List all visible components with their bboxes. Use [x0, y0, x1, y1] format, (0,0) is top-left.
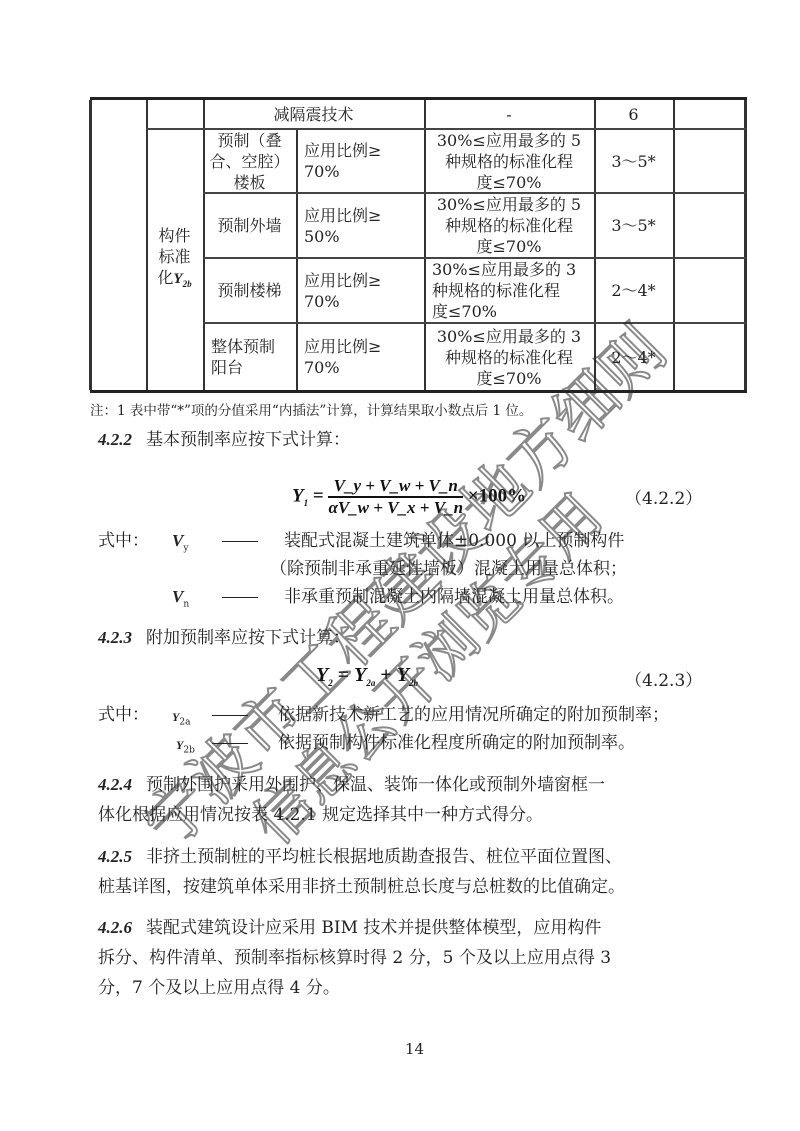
item-text: 楼板	[209, 172, 289, 193]
score-text: 3～5*	[611, 215, 655, 236]
where-label: 式中：	[98, 531, 149, 551]
dash-line	[212, 702, 248, 728]
dash-line	[212, 730, 248, 756]
formula-term-sub: 2b	[409, 678, 418, 688]
table-note: 注：1 表中带“*”项的分值采用“内插法”计算，计算结果取小数点后 1 位。	[90, 399, 532, 419]
item-cell: 预制楼梯	[203, 259, 296, 322]
definition-line: （除预制非承重延性墙板）混凝土用量总体积；	[270, 559, 627, 579]
definition-text: 非承重预制混凝土内隔墙混凝土用量总体积。	[284, 584, 624, 610]
standardization-text: 种规格的标准化程	[437, 215, 581, 236]
table-border-right	[744, 100, 747, 390]
item-text: 预制楼梯	[217, 280, 281, 301]
equation-number: （4.2.3）	[625, 666, 702, 691]
standardization-cell: 30%≤应用最多的 5种规格的标准化程度≤70%	[424, 130, 594, 192]
group-label-line: 构件	[157, 225, 191, 246]
clause-text: 拆分、构件清单、预制率指标核算时得 2 分，5 个及以上应用点得 3	[98, 948, 611, 968]
formula-4-2-3: Y2 = Y2a + Y2b	[316, 664, 418, 688]
dash-line	[222, 528, 258, 554]
score-cell: 2～4*	[594, 259, 673, 322]
symbol-sub: 2a	[179, 717, 190, 727]
group-symbol: Y2b	[173, 271, 191, 287]
score-cell: 2～4*	[594, 324, 673, 390]
score-cell: 3～5*	[594, 194, 673, 257]
group-label-cell: 构件 标准 化Y2b	[146, 130, 203, 390]
formula-lhs: Y	[316, 664, 328, 686]
formula-term-sub: 2a	[366, 678, 375, 688]
formula-lhs: Y	[292, 485, 304, 506]
score-cell: 6	[594, 100, 673, 128]
formula-numerator: V_y + V_w + V_n	[328, 476, 463, 498]
definition-text: 依据预制构件标准化程度所确定的附加预制率。	[278, 730, 635, 756]
clause-text: 附加预制率应按下式计算：	[146, 628, 350, 648]
dash-line	[222, 584, 258, 610]
requirement-text: 应用比例≥	[304, 140, 381, 161]
standardization-cell: 30%≤应用最多的 3种规格的标准化程度≤70%	[424, 259, 594, 322]
table-col-divider	[673, 100, 675, 390]
item-text: 合、空腔）	[209, 151, 289, 172]
definition-line: 装配式混凝土建筑单体±0.000 以上预制构件	[284, 531, 624, 551]
table-row: 减隔震技术	[203, 100, 424, 128]
definition-row: Vn	[172, 584, 189, 617]
formula-fraction: V_y + V_w + V_n αV_w + V_x + V_n	[328, 476, 463, 518]
definition-row: 式中：	[98, 528, 149, 554]
score-text: 2～4*	[611, 347, 655, 368]
group-label-line: 化	[157, 268, 173, 287]
requirement-text: 70%	[304, 357, 381, 378]
clause-text: 基本预制率应按下式计算：	[146, 430, 350, 450]
standardization-cell: 30%≤应用最多的 5种规格的标准化程度≤70%	[424, 194, 594, 257]
item-cell: 减隔震技术	[273, 104, 353, 125]
clause-number: 4.2.4	[98, 775, 132, 794]
definition-line: 依据新技术新工艺的应用情况所确定的附加预制率；	[278, 705, 669, 725]
score-text: 6	[628, 104, 638, 125]
where-label: 式中：	[98, 705, 149, 725]
clause-text: 桩基详图，按建筑单体采用非挤土预制桩总长度与总桩数的比值确定。	[98, 877, 625, 897]
document-page: 减隔震技术 - 6 构件 标准 化Y2b 预制（叠合、空腔）楼板 应用比例≥70…	[0, 0, 800, 1131]
symbol: V	[172, 531, 183, 550]
clause-text: 体化根据应用情况按表 4.2.1 规定选择其中一种方式得分。	[98, 805, 543, 825]
clause-number: 4.2.6	[98, 918, 132, 937]
standardization-text: 30%≤应用最多的 3	[432, 259, 576, 280]
symbol: V	[172, 587, 183, 606]
clause-text: 预制外围护采用外围护、保温、装饰一体化或预制外墙窗框一	[146, 775, 605, 795]
scoring-table: 减隔震技术 - 6 构件 标准 化Y2b 预制（叠合、空腔）楼板 应用比例≥70…	[90, 97, 747, 393]
standardization-text: -	[506, 104, 511, 125]
definition-text: （除预制非承重延性墙板）混凝土用量总体积；	[270, 556, 627, 582]
group-label-line: 标准	[157, 246, 191, 267]
formula-term: Y	[354, 664, 366, 686]
definition-row: Y2b	[176, 732, 195, 763]
formula-4-2-2: Y1 = V_y + V_w + V_n αV_w + V_x + V_n ×1…	[292, 476, 526, 518]
item-cell: 预制（叠合、空腔）楼板	[203, 130, 296, 192]
clause-number: 4.2.5	[98, 847, 132, 866]
standardization-text: 种规格的标准化程	[437, 151, 581, 172]
standardization-text: 度≤70%	[437, 236, 581, 257]
clause-number: 4.2.3	[98, 628, 132, 647]
definition-row: 式中：	[98, 702, 149, 728]
section-4-2-6: 4.2.6装配式建筑设计应采用 BIM 技术并提供整体模型，应用构件 拆分、构件…	[98, 913, 611, 1003]
clause-number: 4.2.2	[98, 430, 132, 449]
requirement-text: 应用比例≥	[304, 336, 381, 357]
item-cell: 整体预制阳台	[203, 324, 296, 390]
standardization-text: 度≤70%	[437, 172, 581, 193]
group-symbol-sub: 2b	[183, 279, 192, 289]
item-cell: 预制外墙	[203, 194, 296, 257]
page-number: 14	[405, 1040, 424, 1058]
equation-number: （4.2.2）	[625, 484, 702, 509]
standardization-text: 种规格的标准化程	[437, 347, 581, 368]
requirement-text: 70%	[304, 161, 381, 182]
definition-line: 非承重预制混凝土内隔墙混凝土用量总体积。	[284, 587, 624, 607]
group-symbol-letter: Y	[173, 271, 182, 287]
definition-text: 依据新技术新工艺的应用情况所确定的附加预制率；	[278, 702, 669, 728]
requirement-text: 70%	[304, 291, 381, 312]
requirement-text: 应用比例≥	[304, 270, 381, 291]
section-4-2-2: 4.2.2基本预制率应按下式计算：	[98, 425, 350, 455]
standardization-text: 种规格的标准化程	[432, 280, 576, 301]
clause-text: 分，7 个及以上应用点得 4 分。	[98, 978, 340, 998]
standardization-text: 30%≤应用最多的 5	[437, 194, 581, 215]
standardization-text: 30%≤应用最多的 5	[437, 130, 581, 151]
score-cell: 3～5*	[594, 130, 673, 192]
standardization-cell: -	[424, 100, 594, 128]
requirement-cell: 应用比例≥70%	[296, 324, 424, 390]
section-4-2-4: 4.2.4预制外围护采用外围护、保温、装饰一体化或预制外墙窗框一 体化根据应用情…	[98, 770, 605, 830]
symbol-sub: y	[183, 543, 188, 553]
formula-denominator: αV_w + V_x + V_n	[328, 498, 463, 518]
requirement-text: 50%	[304, 226, 381, 247]
item-text: 预制（叠	[209, 130, 289, 151]
standardization-text: 30%≤应用最多的 3	[437, 326, 581, 347]
standardization-text: 度≤70%	[432, 301, 576, 322]
score-text: 2～4*	[611, 280, 655, 301]
item-text: 阳台	[211, 357, 275, 378]
formula-term: Y	[397, 664, 409, 686]
score-text: 3～5*	[611, 151, 655, 172]
definition-row: Vy	[172, 528, 188, 561]
symbol-sub: 2b	[183, 745, 195, 755]
table-border-left	[89, 100, 92, 390]
requirement-cell: 应用比例≥70%	[296, 130, 424, 192]
requirement-cell: 应用比例≥50%	[296, 194, 424, 257]
standardization-cell: 30%≤应用最多的 3种规格的标准化程度≤70%	[424, 324, 594, 390]
symbol-sub: n	[183, 599, 189, 609]
requirement-text: 应用比例≥	[304, 205, 381, 226]
definition-text: 装配式混凝土建筑单体±0.000 以上预制构件	[284, 528, 624, 554]
clause-text: 装配式建筑设计应采用 BIM 技术并提供整体模型，应用构件	[146, 918, 601, 938]
section-4-2-3: 4.2.3附加预制率应按下式计算：	[98, 623, 350, 653]
clause-text: 非挤土预制桩的平均桩长根据地质勘查报告、桩位平面位置图、	[146, 847, 622, 867]
standardization-text: 度≤70%	[437, 368, 581, 389]
definition-line: 依据预制构件标准化程度所确定的附加预制率。	[278, 733, 635, 753]
formula-multiplier: ×100%	[468, 485, 526, 506]
requirement-cell: 应用比例≥70%	[296, 259, 424, 322]
item-text: 整体预制	[211, 336, 275, 357]
section-4-2-5: 4.2.5非挤土预制桩的平均桩长根据地质勘查报告、桩位平面位置图、 桩基详图，按…	[98, 842, 625, 902]
item-text: 预制外墙	[217, 215, 281, 236]
definition-row: Y2a	[172, 704, 190, 735]
